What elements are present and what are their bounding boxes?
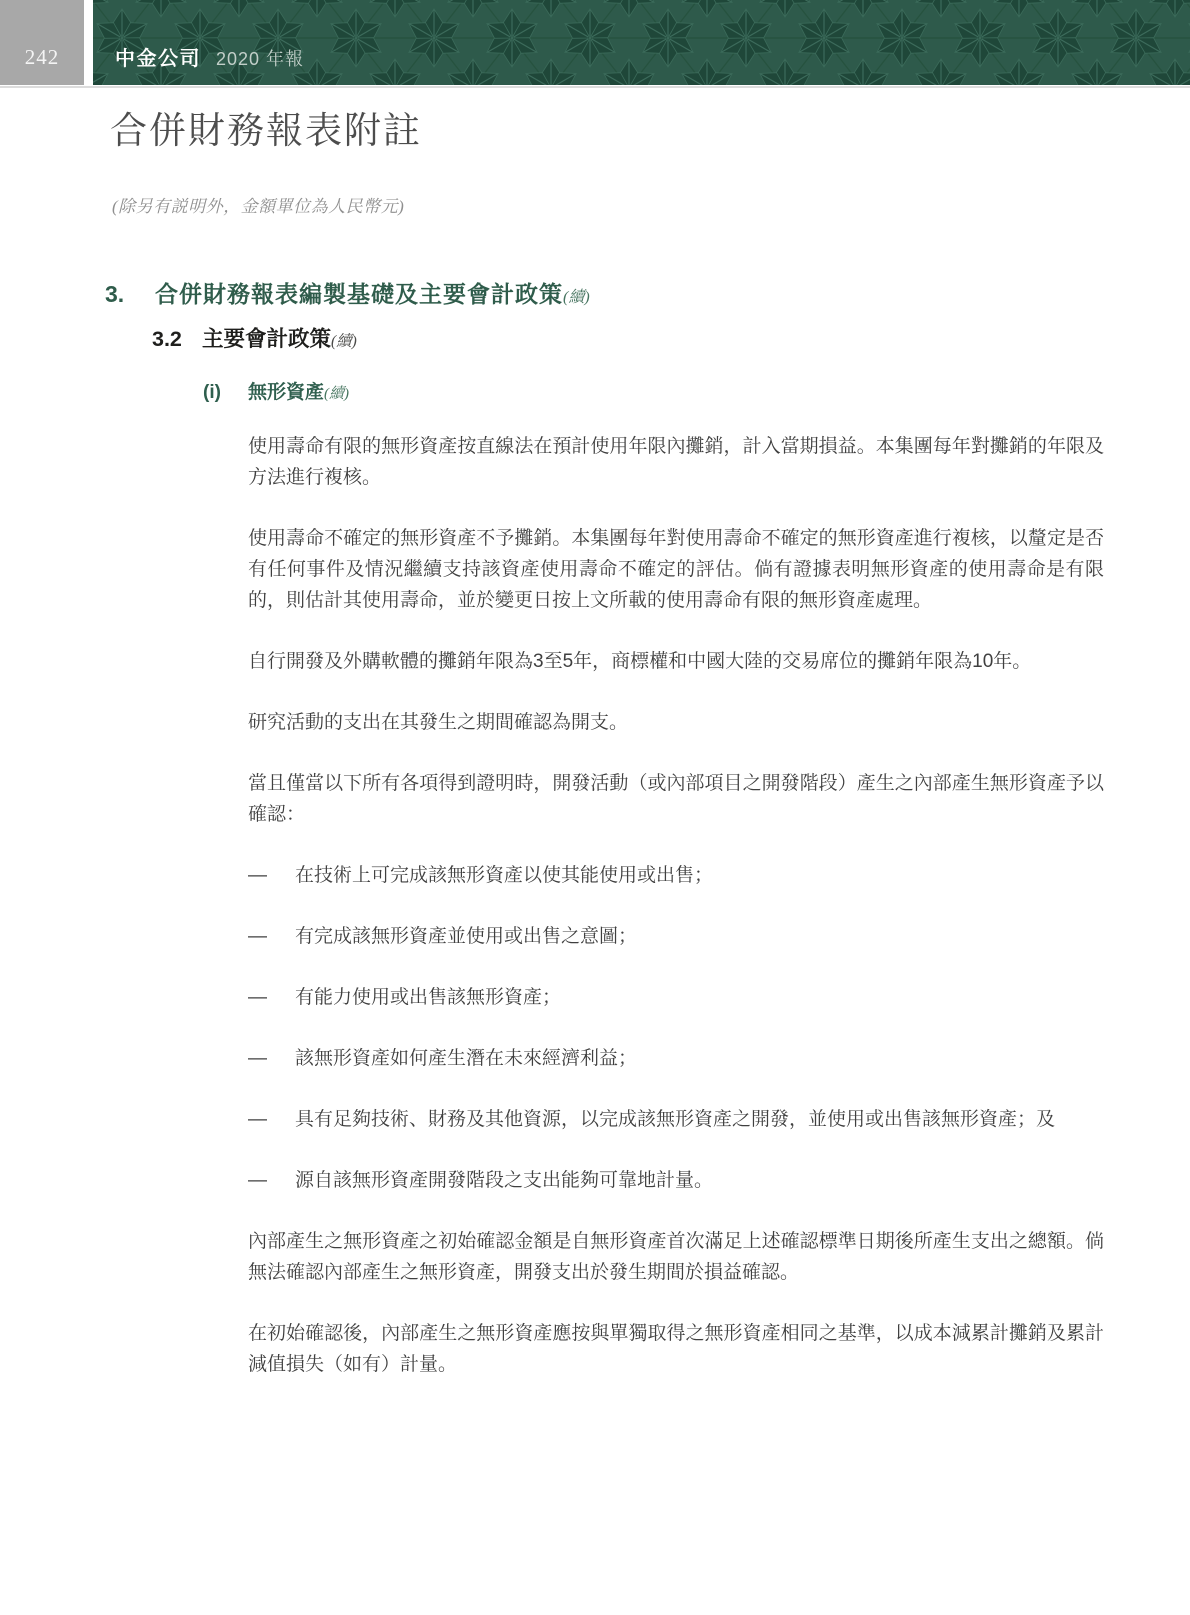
subsection-continued-tag: (續) bbox=[331, 333, 357, 350]
clause-continued-tag: (續) bbox=[324, 386, 349, 402]
body-paragraph: 使用壽命有限的無形資產按直線法在預計使用年限內攤銷，計入當期損益。本集團每年對攤… bbox=[248, 431, 1104, 493]
dash-bullet: — bbox=[248, 860, 295, 891]
body-paragraph: 在初始確認後，內部產生之無形資產應按與單獨取得之無形資產相同之基準，以成本減累計… bbox=[248, 1318, 1104, 1380]
criterion-text: 該無形資產如何產生潛在未來經濟利益； bbox=[295, 1043, 637, 1074]
clause-heading: (i) 無形資產(續) bbox=[203, 380, 1190, 407]
page-header: 242 bbox=[0, 0, 1190, 88]
header-band: 中金公司 2020 年報 bbox=[93, 0, 1190, 85]
currency-unit-note: (除另有説明外，金額單位為人民幣元) bbox=[112, 192, 1190, 217]
criterion-item: — 有完成該無形資產並使用或出售之意圖； bbox=[248, 921, 1104, 952]
dash-bullet: — bbox=[248, 1104, 295, 1135]
body-paragraph: 自行開發及外購軟體的攤銷年限為3至5年，商標權和中國大陸的交易席位的攤銷年限為1… bbox=[248, 646, 1104, 677]
clause-title: 無形資產 bbox=[248, 382, 324, 403]
dash-bullet: — bbox=[248, 1043, 295, 1074]
page-number: 242 bbox=[25, 45, 60, 70]
criterion-text: 在技術上可完成該無形資產以使其能使用或出售； bbox=[295, 860, 713, 891]
section-heading: 3. 合併財務報表編製基礎及主要會計政策(續) bbox=[105, 279, 1190, 313]
subsection-heading: 3.2 主要會計政策(續) bbox=[152, 325, 1190, 356]
criterion-item: — 有能力使用或出售該無形資產； bbox=[248, 982, 1104, 1013]
criterion-item: — 該無形資產如何產生潛在未來經濟利益； bbox=[248, 1043, 1104, 1074]
dash-bullet: — bbox=[248, 982, 295, 1013]
page-number-box: 242 bbox=[0, 0, 84, 85]
clause-title-group: 無形資產(續) bbox=[248, 380, 349, 407]
criterion-text: 具有足夠技術、財務及其他資源，以完成該無形資產之開發，並使用或出售該無形資產；及 bbox=[295, 1104, 1055, 1135]
notes-page-content: 合併財務報表附註 (除另有説明外，金額單位為人民幣元) 3. 合併財務報表編製基… bbox=[0, 108, 1190, 1380]
body-paragraph: 研究活動的支出在其發生之期間確認為開支。 bbox=[248, 707, 1104, 738]
section-number: 3. bbox=[105, 279, 155, 313]
criterion-item: — 在技術上可完成該無形資產以使其能使用或出售； bbox=[248, 860, 1104, 891]
section-title-group: 合併財務報表編製基礎及主要會計政策(續) bbox=[155, 279, 590, 313]
subsection-number: 3.2 bbox=[152, 325, 202, 356]
body-paragraph: 當且僅當以下所有各項得到證明時，開發活動（或內部項目之開發階段）產生之內部產生無… bbox=[248, 768, 1104, 830]
body-paragraph: 使用壽命不確定的無形資產不予攤銷。本集團每年對使用壽命不確定的無形資產進行複核，… bbox=[248, 523, 1104, 616]
subsection-title-group: 主要會計政策(續) bbox=[202, 325, 357, 356]
criterion-text: 有能力使用或出售該無形資產； bbox=[295, 982, 561, 1013]
header-band-text: 中金公司 2020 年報 bbox=[115, 42, 304, 71]
report-edition: 2020 年報 bbox=[216, 45, 304, 71]
header-divider bbox=[0, 86, 1190, 88]
criterion-item: — 具有足夠技術、財務及其他資源，以完成該無形資產之開發，並使用或出售該無形資產… bbox=[248, 1104, 1104, 1135]
subsection-title: 主要會計政策 bbox=[202, 327, 331, 351]
body-paragraph: 內部產生之無形資產之初始確認金額是自無形資產首次滿足上述確認標準日期後所產生支出… bbox=[248, 1226, 1104, 1288]
section-title: 合併財務報表編製基礎及主要會計政策 bbox=[155, 281, 563, 307]
criterion-item: — 源自該無形資產開發階段之支出能夠可靠地計量。 bbox=[248, 1165, 1104, 1196]
criterion-text: 源自該無形資產開發階段之支出能夠可靠地計量。 bbox=[295, 1165, 713, 1196]
company-name: 中金公司 bbox=[115, 42, 201, 71]
dash-bullet: — bbox=[248, 1165, 295, 1196]
section-continued-tag: (續) bbox=[563, 289, 590, 306]
document-title: 合併財務報表附註 bbox=[110, 108, 1190, 156]
clause-marker: (i) bbox=[203, 380, 248, 407]
dash-bullet: — bbox=[248, 921, 295, 952]
criterion-text: 有完成該無形資產並使用或出售之意圖； bbox=[295, 921, 637, 952]
